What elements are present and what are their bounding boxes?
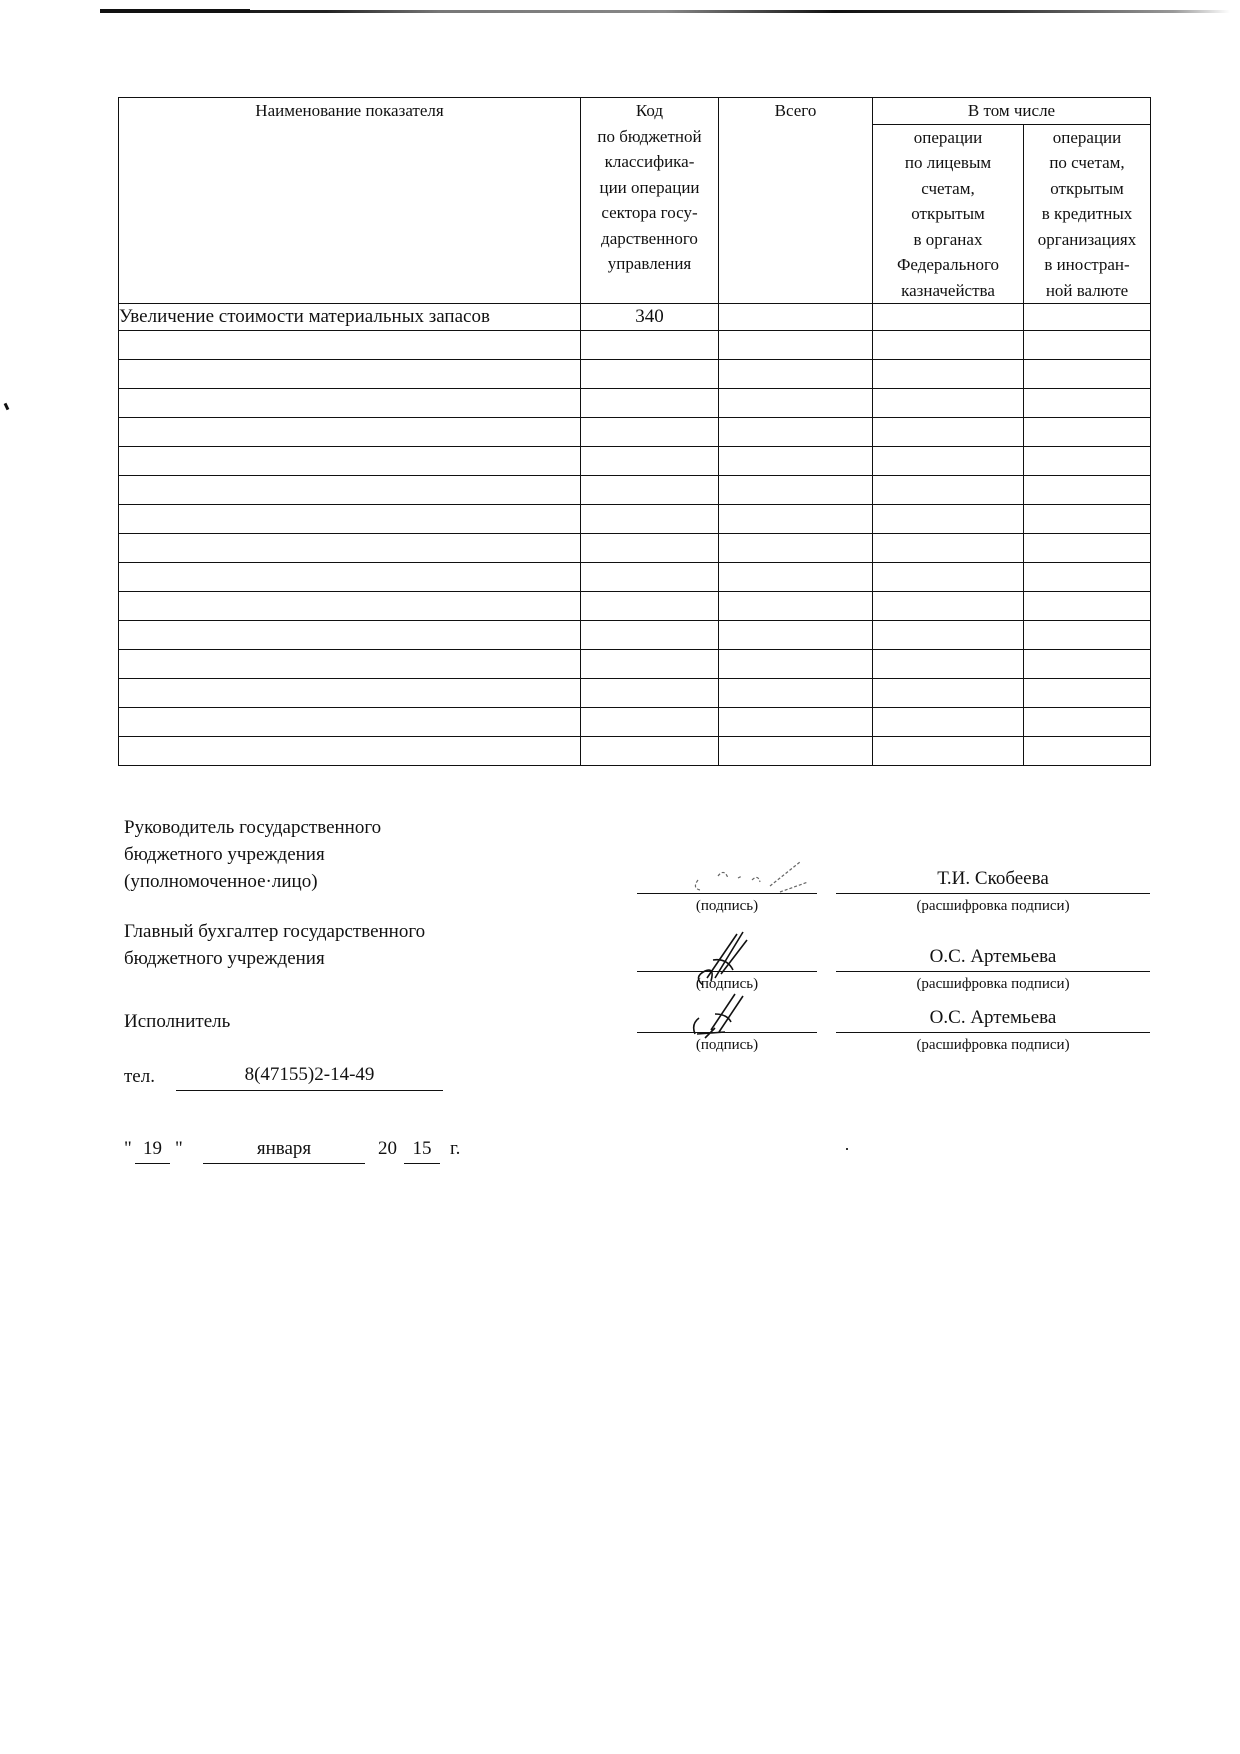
empty-cell — [581, 621, 719, 650]
executor-signature-line — [637, 1032, 817, 1033]
empty-cell — [119, 563, 581, 592]
row-budget-code: 340 — [581, 304, 719, 331]
table-row — [119, 418, 1151, 447]
empty-cell — [581, 737, 719, 766]
empty-cell — [581, 563, 719, 592]
header-budget-code-line: дарственного — [581, 226, 718, 252]
header-foreign-currency-operations: операциипо счетам,открытымв кредитныхорг… — [1024, 124, 1151, 304]
empty-cell — [719, 621, 873, 650]
table-row — [119, 447, 1151, 476]
accountant-role-line: Главный бухгалтер государственного — [124, 918, 425, 945]
empty-cell — [719, 737, 873, 766]
empty-cell — [1024, 476, 1151, 505]
empty-cell — [1024, 447, 1151, 476]
empty-cell — [719, 418, 873, 447]
date-day-underline — [135, 1163, 170, 1164]
accountant-signature-line — [637, 971, 817, 972]
empty-cell — [119, 679, 581, 708]
empty-cell — [873, 331, 1024, 360]
empty-cell — [719, 447, 873, 476]
accountant-name-line — [836, 971, 1150, 972]
empty-cell — [581, 360, 719, 389]
executor-signature-scribble — [685, 990, 765, 1042]
empty-cell — [1024, 331, 1151, 360]
table-row — [119, 476, 1151, 505]
header-total: Всего — [719, 98, 873, 304]
header-budget-code-line: Код — [581, 98, 718, 124]
empty-cell — [873, 360, 1024, 389]
date-year-underline — [404, 1163, 440, 1164]
empty-cell — [873, 476, 1024, 505]
empty-cell — [581, 650, 719, 679]
empty-cell — [119, 418, 581, 447]
executor-name-caption: (расшифровка подписи) — [836, 1037, 1150, 1054]
empty-cell — [1024, 534, 1151, 563]
empty-cell — [873, 505, 1024, 534]
header-budget-code-line: управления — [581, 251, 718, 277]
empty-cell — [873, 650, 1024, 679]
date-close-quote: " — [175, 1138, 183, 1160]
empty-cell — [119, 534, 581, 563]
empty-cell — [873, 447, 1024, 476]
executor-role-line: Исполнитель — [124, 1008, 230, 1035]
head-role-line: бюджетного учреждения — [124, 841, 381, 868]
header-including: В том числе — [873, 98, 1151, 125]
head-name-caption: (расшифровка подписи) — [836, 898, 1150, 915]
header-treasury-operations: операциипо лицевымсчетам,открытымв орган… — [873, 124, 1024, 304]
empty-cell — [719, 592, 873, 621]
empty-cell — [719, 679, 873, 708]
empty-cell — [719, 476, 873, 505]
header-budget-code-line: ции операции — [581, 175, 718, 201]
empty-cell — [719, 360, 873, 389]
header-budget-code: Кодпо бюджетнойклассифика-ции операциисе… — [581, 98, 719, 304]
header-foreign-line: по счетам, — [1024, 150, 1150, 176]
header-foreign-line: в иностран- — [1024, 252, 1150, 278]
header-budget-code-line: классифика- — [581, 149, 718, 175]
empty-cell — [873, 418, 1024, 447]
scan-dot — [846, 1148, 848, 1150]
empty-cell — [719, 505, 873, 534]
head-name-line — [836, 893, 1150, 894]
date-month: января — [203, 1138, 365, 1160]
empty-cell — [119, 476, 581, 505]
header-treasury-line: открытым — [873, 201, 1023, 227]
table-row — [119, 592, 1151, 621]
header-treasury-line: Федерального — [873, 252, 1023, 278]
head-signature-scribble — [690, 858, 820, 898]
head-role-line: Руководитель государственного — [124, 814, 381, 841]
empty-cell — [119, 737, 581, 766]
empty-cell — [719, 331, 873, 360]
empty-cell — [873, 621, 1024, 650]
table-row — [119, 534, 1151, 563]
date-year: 15 — [404, 1138, 440, 1160]
header-treasury-line: счетам, — [873, 176, 1023, 202]
empty-cell — [719, 563, 873, 592]
header-foreign-line: операции — [1024, 125, 1150, 151]
empty-cell — [581, 708, 719, 737]
date-suffix: г. — [450, 1138, 460, 1160]
empty-cell — [1024, 737, 1151, 766]
empty-cell — [1024, 418, 1151, 447]
row-indicator-name: Увеличение стоимости материальных запасо… — [119, 304, 581, 331]
empty-cell — [1024, 708, 1151, 737]
table-row — [119, 737, 1151, 766]
empty-cell — [581, 476, 719, 505]
top-scan-rule-thick — [100, 9, 250, 13]
empty-cell — [581, 331, 719, 360]
header-treasury-line: казначейства — [873, 278, 1023, 304]
empty-cell — [873, 708, 1024, 737]
table-row — [119, 708, 1151, 737]
head-signature-caption: (подпись) — [637, 898, 817, 915]
header-foreign-line: ной валюте — [1024, 278, 1150, 304]
table-row — [119, 505, 1151, 534]
empty-cell — [1024, 505, 1151, 534]
table-row — [119, 360, 1151, 389]
table-row — [119, 389, 1151, 418]
empty-cell — [581, 679, 719, 708]
empty-cell — [119, 505, 581, 534]
empty-cell — [581, 505, 719, 534]
empty-cell — [1024, 679, 1151, 708]
empty-cell — [119, 389, 581, 418]
header-indicator-name: Наименование показателя — [119, 98, 581, 304]
empty-cell — [1024, 650, 1151, 679]
header-treasury-line: в органах — [873, 227, 1023, 253]
empty-cell — [119, 650, 581, 679]
header-foreign-line: организациях — [1024, 227, 1150, 253]
date-month-underline — [203, 1163, 365, 1164]
header-budget-code-line: сектора госу- — [581, 200, 718, 226]
empty-cell — [119, 621, 581, 650]
empty-cell — [119, 447, 581, 476]
table-row — [119, 650, 1151, 679]
empty-cell — [719, 708, 873, 737]
empty-cell — [1024, 389, 1151, 418]
empty-cell — [1024, 592, 1151, 621]
empty-cell — [873, 592, 1024, 621]
empty-cell — [1024, 621, 1151, 650]
row-foreign — [1024, 304, 1151, 331]
date-century: 20 — [378, 1138, 397, 1160]
accountant-name-caption: (расшифровка подписи) — [836, 976, 1150, 993]
scan-margin-mark — [4, 403, 10, 411]
empty-cell — [719, 650, 873, 679]
empty-cell — [873, 534, 1024, 563]
header-budget-code-line: по бюджетной — [581, 124, 718, 150]
row-treasury — [873, 304, 1024, 331]
empty-cell — [119, 331, 581, 360]
header-foreign-line: в кредитных — [1024, 201, 1150, 227]
executor-signature-caption: (подпись) — [637, 1037, 817, 1054]
accountant-name: О.С. Артемьева — [836, 946, 1150, 968]
head-role: Руководитель государственного бюджетного… — [124, 814, 381, 895]
executor-role: Исполнитель — [124, 1008, 230, 1035]
empty-cell — [119, 592, 581, 621]
executor-name: О.С. Артемьева — [836, 1007, 1150, 1029]
date-day: 19 — [135, 1138, 170, 1160]
table-row — [119, 563, 1151, 592]
empty-cell — [581, 447, 719, 476]
accountant-role-line: бюджетного учреждения — [124, 945, 425, 972]
empty-cell — [581, 592, 719, 621]
empty-cell — [581, 418, 719, 447]
empty-cell — [719, 389, 873, 418]
table-row — [119, 331, 1151, 360]
date-open-quote: " — [124, 1138, 132, 1160]
head-name: Т.И. Скобеева — [836, 868, 1150, 890]
report-table: Наименование показателя Кодпо бюджетнойк… — [118, 97, 1151, 766]
empty-cell — [873, 389, 1024, 418]
phone-label: тел. — [124, 1066, 155, 1088]
phone-number: 8(47155)2-14-49 — [176, 1064, 443, 1086]
top-scan-rule — [100, 10, 1230, 13]
empty-cell — [119, 360, 581, 389]
phone-underline — [176, 1090, 443, 1091]
header-treasury-line: по лицевым — [873, 150, 1023, 176]
empty-cell — [581, 534, 719, 563]
header-foreign-line: открытым — [1024, 176, 1150, 202]
head-role-line: (уполномоченное·лицо) — [124, 868, 381, 895]
empty-cell — [873, 679, 1024, 708]
table-row — [119, 679, 1151, 708]
accountant-role: Главный бухгалтер государственного бюдже… — [124, 918, 425, 972]
executor-name-line — [836, 1032, 1150, 1033]
empty-cell — [719, 534, 873, 563]
empty-cell — [873, 737, 1024, 766]
empty-cell — [1024, 360, 1151, 389]
empty-cell — [1024, 563, 1151, 592]
empty-cell — [119, 708, 581, 737]
empty-cell — [581, 389, 719, 418]
empty-cell — [873, 563, 1024, 592]
header-treasury-line: операции — [873, 125, 1023, 151]
row-total — [719, 304, 873, 331]
table-row — [119, 621, 1151, 650]
table-row: Увеличение стоимости материальных запасо… — [119, 304, 1151, 331]
